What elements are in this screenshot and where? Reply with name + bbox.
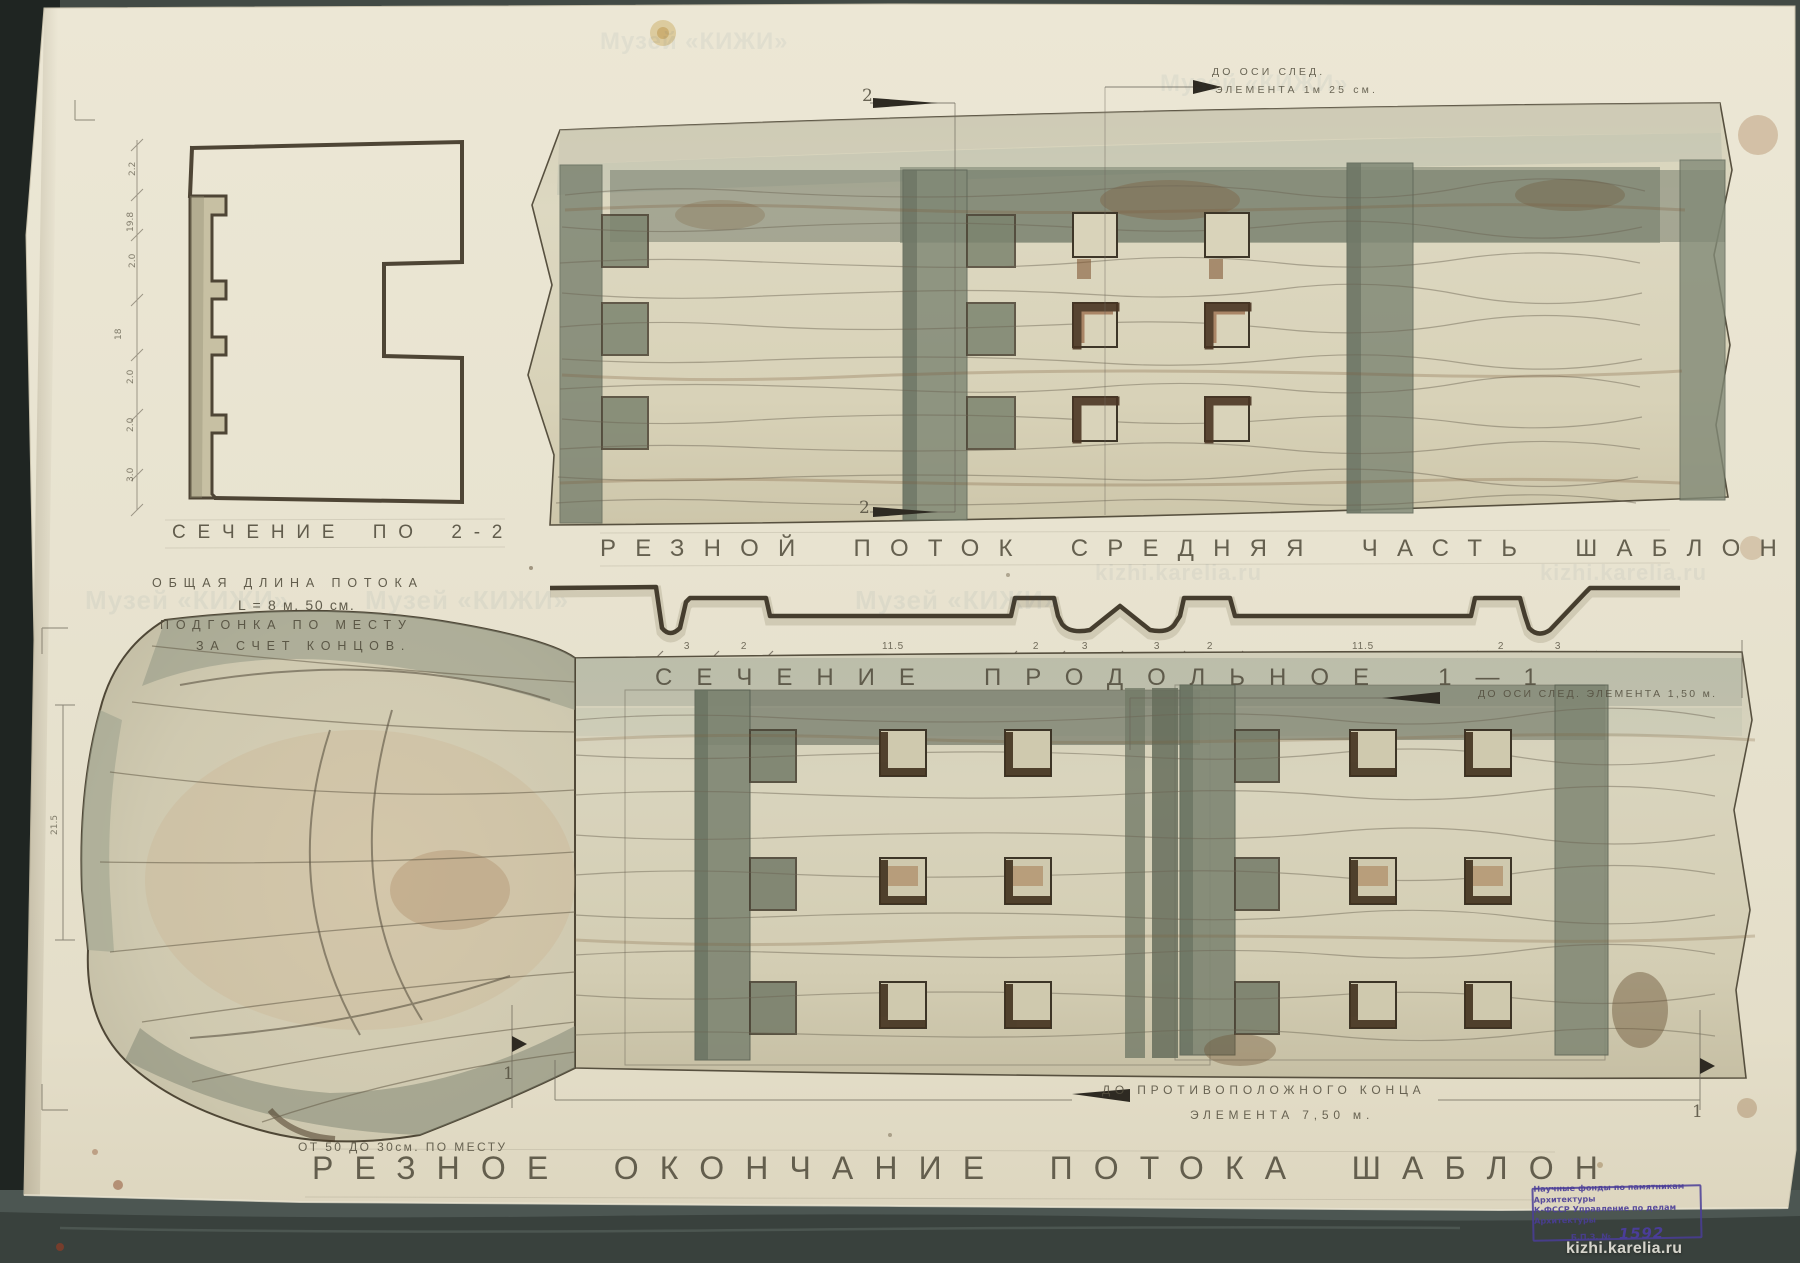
profile-dim: 3 <box>1154 641 1160 652</box>
section-dim: 18 <box>114 329 124 340</box>
end-template-title: РЕЗНОЕ ОКОНЧАНИЕ ПОТОКА ШАБЛОН <box>312 1150 1619 1187</box>
scanned-drawing-sheet: Музей «КИЖИ» Музей «КИЖИ» Музей «КИЖИ» k… <box>0 0 1800 1263</box>
section-2-2-drawing <box>95 85 515 545</box>
profile-dim: 3 <box>1555 641 1561 652</box>
section-dim: 3.0 <box>126 468 136 482</box>
cut-mark-2-bottom: 2 <box>859 498 870 518</box>
middle-beam-drawing <box>470 75 1760 545</box>
section-2-2-title: СЕЧЕНИЕ ПО 2-2 <box>172 522 514 544</box>
section-dim: 19.8 <box>126 212 136 232</box>
profile-dim: 11.5 <box>882 641 904 652</box>
cut-mark-1-left: 1 <box>503 1064 514 1084</box>
beam-body <box>528 80 1732 525</box>
overall-length-note-line3: ПОДГОНКА ПО МЕСТУ <box>160 618 413 632</box>
section-dim: 2.0 <box>128 254 138 268</box>
longitudinal-section-title: СЕЧЕНИЕ ПРОДОЛЬНОЕ 1—1 <box>655 664 1561 692</box>
section-dim: 2.0 <box>126 418 136 432</box>
profile-dim: 2 <box>1498 641 1504 652</box>
flared-end <box>81 611 575 1142</box>
profile-dim: 11.5 <box>1352 641 1374 652</box>
profile-dim: 2 <box>1207 641 1213 652</box>
overall-length-note-line2: L = 8 м. 50 см. <box>238 597 355 613</box>
stamp-line2: К-ФССР Управление по делам Архитектуры <box>1534 1202 1700 1226</box>
cut-mark-2-top: 2 <box>862 86 873 106</box>
section-dim: 2.0 <box>126 370 136 384</box>
section-dim: 2.2 <box>128 162 138 176</box>
profile-dim: 2 <box>741 641 747 652</box>
axis-distance-note-line2: ЭЛЕМЕНТА 1м 25 см. <box>1215 84 1378 96</box>
middle-template-title: РЕЗНОЙ ПОТОК СРЕДНЯЯ ЧАСТЬ ШАБЛОН <box>600 535 1796 563</box>
overall-length-note-line1: ОБЩАЯ ДЛИНА ПОТОКА <box>152 576 424 590</box>
profile-dim: 3 <box>1082 641 1088 652</box>
end-side-dim: 21.5 <box>50 815 60 835</box>
overall-length-note-line4: ЗА СЧЕТ КОНЦОВ. <box>196 639 411 653</box>
axis-distance-note-150: ДО ОСИ СЛЕД. ЭЛЕМЕНТА 1,50 м. <box>1478 688 1717 700</box>
opposite-end-note-line1: ДО ПРОТИВОПОЛОЖНОГО КОНЦА <box>1102 1083 1425 1097</box>
site-watermark: kizhi.karelia.ru <box>1566 1240 1682 1258</box>
profile-dim: 3 <box>684 641 690 652</box>
archive-stamp: Научные фонды по памятникам Архитектуры … <box>1531 1184 1702 1242</box>
cut-mark-1-right: 1 <box>1692 1102 1703 1122</box>
axis-distance-note-line1: ДО ОСИ СЛЕД. <box>1212 66 1325 78</box>
opposite-end-note-line2: ЭЛЕМЕНТА 7,50 м. <box>1190 1108 1374 1122</box>
profile-dim: 2 <box>1033 641 1039 652</box>
